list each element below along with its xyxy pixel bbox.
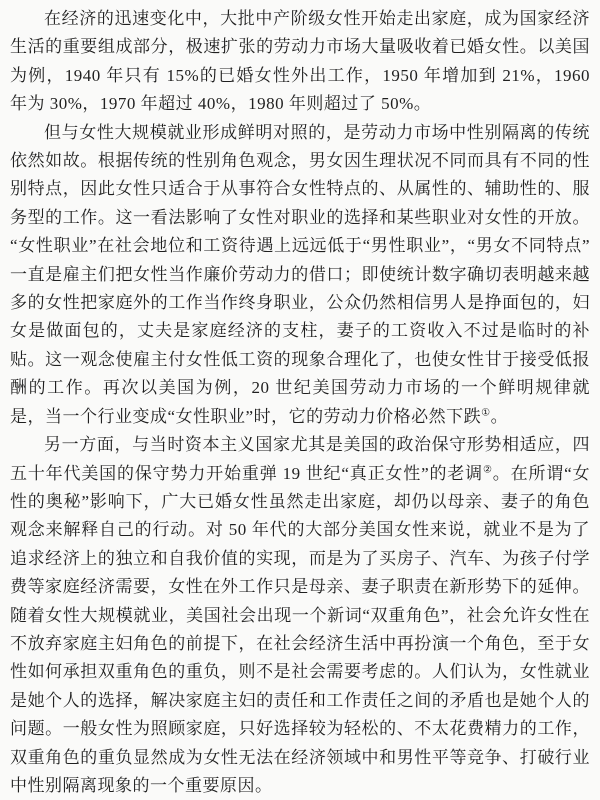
paragraph-text: 在经济的迅速变化中，大批中产阶级女性开始走出家庭，成为国家经济生活的重要组成部分… — [10, 9, 590, 113]
paragraph: 但与女性大规模就业形成鲜明对照的，是劳动力市场中性别隔离的传统依然如故。根据传统… — [10, 119, 590, 431]
footnote-marker: ② — [483, 464, 493, 475]
document-page: 在经济的迅速变化中，大批中产阶级女性开始走出家庭，成为国家经济生活的重要组成部分… — [0, 0, 600, 800]
document-body: 在经济的迅速变化中，大批中产阶级女性开始走出家庭，成为国家经济生活的重要组成部分… — [10, 5, 590, 800]
paragraph-text: 。在所谓“女性的奥秘”影响下，广大已婚女性虽然走出家庭，却仍以母亲、妻子的角色观… — [10, 464, 590, 795]
paragraph: 另一方面，与当时资本主义国家尤其是美国的政治保守形势相适应，四五十年代美国的保守… — [10, 431, 590, 800]
paragraph: 在经济的迅速变化中，大批中产阶级女性开始走出家庭，成为国家经济生活的重要组成部分… — [10, 5, 590, 119]
paragraph-text: 但与女性大规模就业形成鲜明对照的，是劳动力市场中性别隔离的传统依然如故。根据传统… — [10, 123, 590, 426]
footnote-marker: ① — [481, 407, 490, 418]
paragraph-text: 。 — [491, 407, 509, 426]
